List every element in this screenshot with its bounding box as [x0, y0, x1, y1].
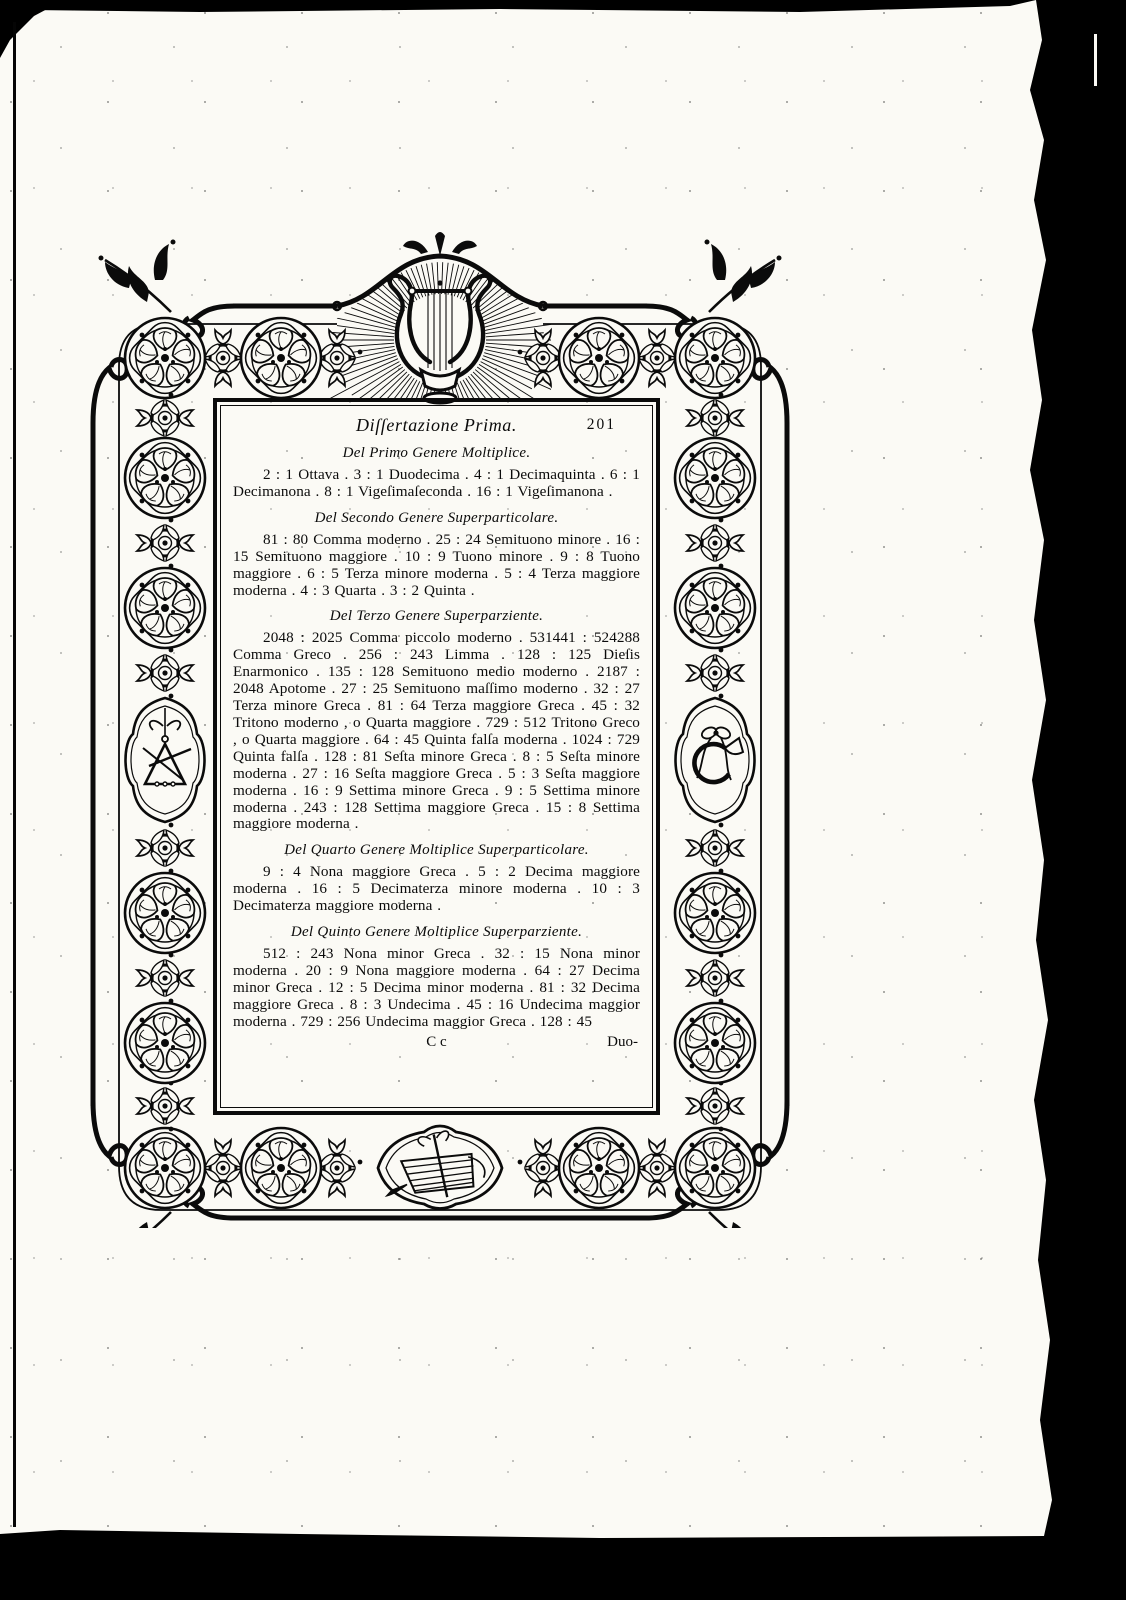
- section-body-2: 81 : 80 Comma moderno . 25 : 24 Semituon…: [233, 532, 640, 600]
- section-heading-3: Del Terzo Genere Superparziente.: [233, 608, 640, 625]
- section-body-3: 2048 : 2025 Comma piccolo moderno . 5314…: [233, 630, 640, 833]
- triangle-trophy-icon: [126, 698, 205, 822]
- page-number: 201: [587, 416, 616, 434]
- gathering-signature: C c: [426, 1034, 446, 1050]
- section-heading-5: Del Quinto Genere Moltiplice Superparzie…: [233, 924, 640, 941]
- page-title: Diſſertazione Prima.: [356, 415, 517, 435]
- section-body-5: 512 : 243 Nona minor Greca . 32 : 15 Non…: [233, 946, 640, 1031]
- scan-edge-artifact: [1094, 34, 1097, 86]
- section-heading-2: Del Secondo Genere Superparticolare.: [233, 510, 640, 527]
- section-body-1: 2 : 1 Ottava . 3 : 1 Duodecima . 4 : 1 D…: [233, 467, 640, 501]
- catchword: Duo-: [607, 1033, 638, 1051]
- hunting-horn-trophy-icon: [676, 698, 755, 822]
- running-header: Diſſertazione Prima. 201: [233, 415, 640, 436]
- fleur-finial-icon: [403, 232, 477, 256]
- scanned-book-page: Diſſertazione Prima. 201 Del Primo Gener…: [0, 0, 1126, 1600]
- binding-gutter-line: [13, 22, 16, 1527]
- text-panel: Diſſertazione Prima. 201 Del Primo Gener…: [220, 405, 653, 1108]
- section-heading-4: Del Quarto Genere Moltiplice Superpartic…: [233, 842, 640, 859]
- signature-row: C c Duo-: [233, 1033, 640, 1051]
- panpipes-trophy-icon: [375, 1124, 502, 1211]
- text-panel-border: Diſſertazione Prima. 201 Del Primo Gener…: [213, 398, 660, 1115]
- section-body-4: 9 : 4 Nona maggiore Greca . 5 : 2 Decima…: [233, 864, 640, 915]
- section-heading-1: Del Primo Genere Moltiplice.: [233, 445, 640, 462]
